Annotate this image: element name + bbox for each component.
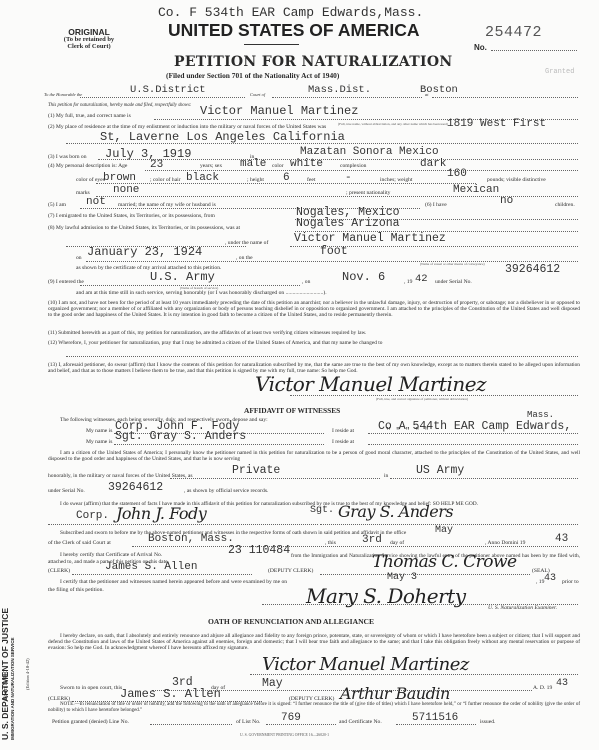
court-line-1 [80,97,245,98]
item5-label: (5) I am [48,203,66,209]
court-prefix: To the Honorable the [44,93,82,98]
witness2-address-line [368,444,578,445]
court-line-2 [272,97,422,98]
sworn-label: Sworn to in open court, this [60,686,122,692]
court-intro: This petition for naturalization, hereby… [48,104,191,109]
item7-label: (7) I emigrated to the United States, it… [48,214,215,220]
deputy-line [320,574,530,575]
court-district: Mass.Dist. [308,84,371,96]
organization-line [390,478,578,479]
sidebar-form: Form N-410 [3,670,9,700]
serial-label-2: under Serial No. [48,489,85,495]
birth-date: July 3, 1919 [105,147,191,161]
typed-unit: Co. F 534th EAR Camp Edwards,Mass. [158,5,423,20]
conveyance-note: (Name of vessel or other means of convey… [420,263,485,266]
copy-note-1: (To be retained by [44,36,134,43]
affidavit-title: AFFIDAVIT OF WITNESSES [244,406,340,415]
serial-suffix: , as shown by official service records. [184,489,268,495]
header-divider [244,44,299,45]
entered-year: 42 [415,273,428,285]
witness2-rank: Sgt. [310,505,334,516]
oath-clerk-name: James S. Allen [120,687,221,701]
form-number-block: Form N-410 [3,670,9,700]
entered-date: Nov. 6 [342,270,385,284]
conveyance-value: foot [320,245,348,258]
oath-title: OATH OF RENUNCIATION AND ALLEGIANCE [208,617,374,626]
clause-11: (11) Submitted herewith as a part of thi… [48,330,580,336]
serial-value: 39264612 [505,263,560,276]
admission-date: January 23, 1924 [87,245,202,259]
date-line [86,261,578,262]
item8-label: (8) My lawful admission to the United St… [48,226,240,232]
examiner-label: U. S. Naturalization Examiner. [488,606,557,612]
affidavit-month: May [435,525,453,536]
witness2-name-line [114,444,324,445]
years-sex-label: years; sex [200,164,222,170]
rank-line [170,478,380,479]
marks-value: none [113,184,139,196]
prior-label: prior to [562,580,579,586]
edition-block: (Edition 4-10-42) [25,658,30,690]
witness1-signature: John J. Fody [116,504,206,523]
witness2-name-label: My name is [86,440,112,446]
married-value: not [86,196,106,208]
clerk-place: Boston, Mass. [148,533,234,545]
admission-name: Victor Manuel Martinez [294,232,446,245]
oath-signature: Victor Manuel Martinez [262,654,469,675]
clause-10: (10) I am not, and have not been for the… [48,300,580,318]
sidebar-edition: (Edition 4-10-42) [25,658,30,690]
clerk-at-line [132,546,578,547]
issued-label: issued. [480,720,495,726]
item3-label: (3) I was born on [48,155,87,161]
sworn-month: May [262,677,283,690]
witness2-address: " " " " " [386,427,429,436]
witness2-reside-label: I reside at [332,440,354,446]
examined-year: 43 [544,573,556,584]
number-label: No. [474,43,487,52]
witness1-sig-line [48,524,318,525]
on-label: on [76,256,82,262]
signature-note: (Full, true, and correct signature of pe… [376,398,468,401]
serial-label: under Serial No. [435,280,472,286]
name-change-line [66,356,578,357]
court-city: Boston [420,84,458,96]
admission-place: Nogales Arizona [296,217,400,230]
witness2-name: Sgt. Gray S. Anders [115,430,246,443]
certificate-number: 5711516 [412,712,458,724]
weight-value: 160 [447,168,467,180]
deputy-clerk-label: (DEPUTY CLERK) [268,569,313,575]
children-label: children. [555,203,575,209]
witness-statement: I am a citizen of the United States of A… [48,450,580,462]
under-name-label: , under the name of [225,241,268,247]
witness2-signature: Gray S. Anders [338,502,453,521]
cert-no-line [396,724,476,725]
serial-value-2: 39264612 [108,481,163,494]
nobility-note: NOTE.—In renunciation of title or order … [48,702,580,714]
residence-line-1: 1819 West First [447,118,546,130]
clerk-line [72,574,252,575]
witness1-state: Mass. [527,410,554,420]
nationality-value: Mexican [453,184,499,196]
sex-value: male [240,158,266,170]
ad-label: A. D. 19 [533,686,552,692]
examined-date: May 3 [387,572,417,583]
description-line [145,170,578,171]
item4-label: (4) My personal description is: Age [48,164,127,170]
branch-value: U.S. Army [150,270,215,284]
list-no-line [266,724,336,725]
subscribed-text: Subscribed and sworn to before me by the… [48,530,580,536]
oath-signature-line [250,674,578,675]
clause-12: (12) Wherefore, I, your petitioner for n… [48,340,580,346]
copy-note-2: Clerk of Court) [44,43,134,50]
residence-line-2: St, Laverne Los Angeles California [100,130,345,144]
item9-label: (9) I entered the [48,280,84,286]
petition-number: 254472 [485,24,542,41]
filing-text: the filing of this petition. [48,588,104,594]
rank-value: Private [232,464,280,477]
deputy-clerk-signature: Thomas C. Crowe [372,552,517,572]
entered-on-label: , on [302,280,310,286]
witness1-reside-label: I reside at [332,429,354,435]
form-subtitle: (Filed under Section 701 of the National… [166,71,339,80]
petitioner-signature: Victor Manuel Martinez [255,372,486,396]
sidebar-service: IMMIGRATION AND NATURALIZATION SERVICE [10,600,15,740]
witness1-name-label: My name is [86,429,112,435]
item6-label: (6) I have [425,203,447,209]
color-value: white [290,158,323,170]
oath-deputy-signature: Arthur Baudin [340,684,450,703]
signature-line [290,395,578,396]
witness1-rank: Corp. [76,510,109,522]
granted-stamp: Granted [545,68,574,76]
organization-value: US Army [416,464,464,477]
affidavit-day: 3rd [362,534,382,546]
name-note: (Full, true name, without abbreviation, … [338,123,448,126]
printing-office: U. S. GOVERNMENT PRINTING OFFICE 16—2602… [240,734,329,738]
color-label: color [272,164,284,170]
court-name: U.S.District [130,84,206,96]
birth-place: Mazatan Sonora Mexico [300,146,439,158]
clerk-name: James S. Allen [105,561,197,573]
clerk-label: (CLERK) [48,569,70,575]
list-label: of List No. [236,720,260,726]
entered-year-label: , 19 [404,280,412,286]
petitioner-name: Victor Manuel Martinez [200,104,358,118]
sworn-year: 43 [556,678,568,689]
eyes-line [96,183,476,184]
number-line [491,50,577,51]
pounds-label: pounds; visible distinctive [487,178,546,184]
organization-in-label: in [384,474,388,480]
certificate-label: and Certificate No. [339,720,382,726]
complexion-label: complexion [340,164,366,170]
complexion-value: dark [420,158,446,170]
list-number: 769 [281,712,301,724]
court-of-label: Court of [250,93,265,98]
line-no-line [150,724,232,725]
affidavit-year: 43 [555,533,568,545]
court-line-3 [432,97,578,98]
oath-text: I hereby declare, on oath, that I absolu… [48,633,580,651]
form-title: PETITION FOR NATURALIZATION [174,54,452,70]
children-value: no [500,195,513,207]
examined-text: I certify that the petitioner and witnes… [60,580,287,586]
granted-label: Petition granted (denied) Line No. [52,720,129,726]
country-heading: UNITED STATES OF AMERICA [168,20,419,41]
item1-label: (1) My full, true, and correct name is [48,114,131,120]
clerk-at-label: of the Clerk of said Court at [48,541,111,547]
service-text: and am at this time still in such servic… [76,291,327,297]
